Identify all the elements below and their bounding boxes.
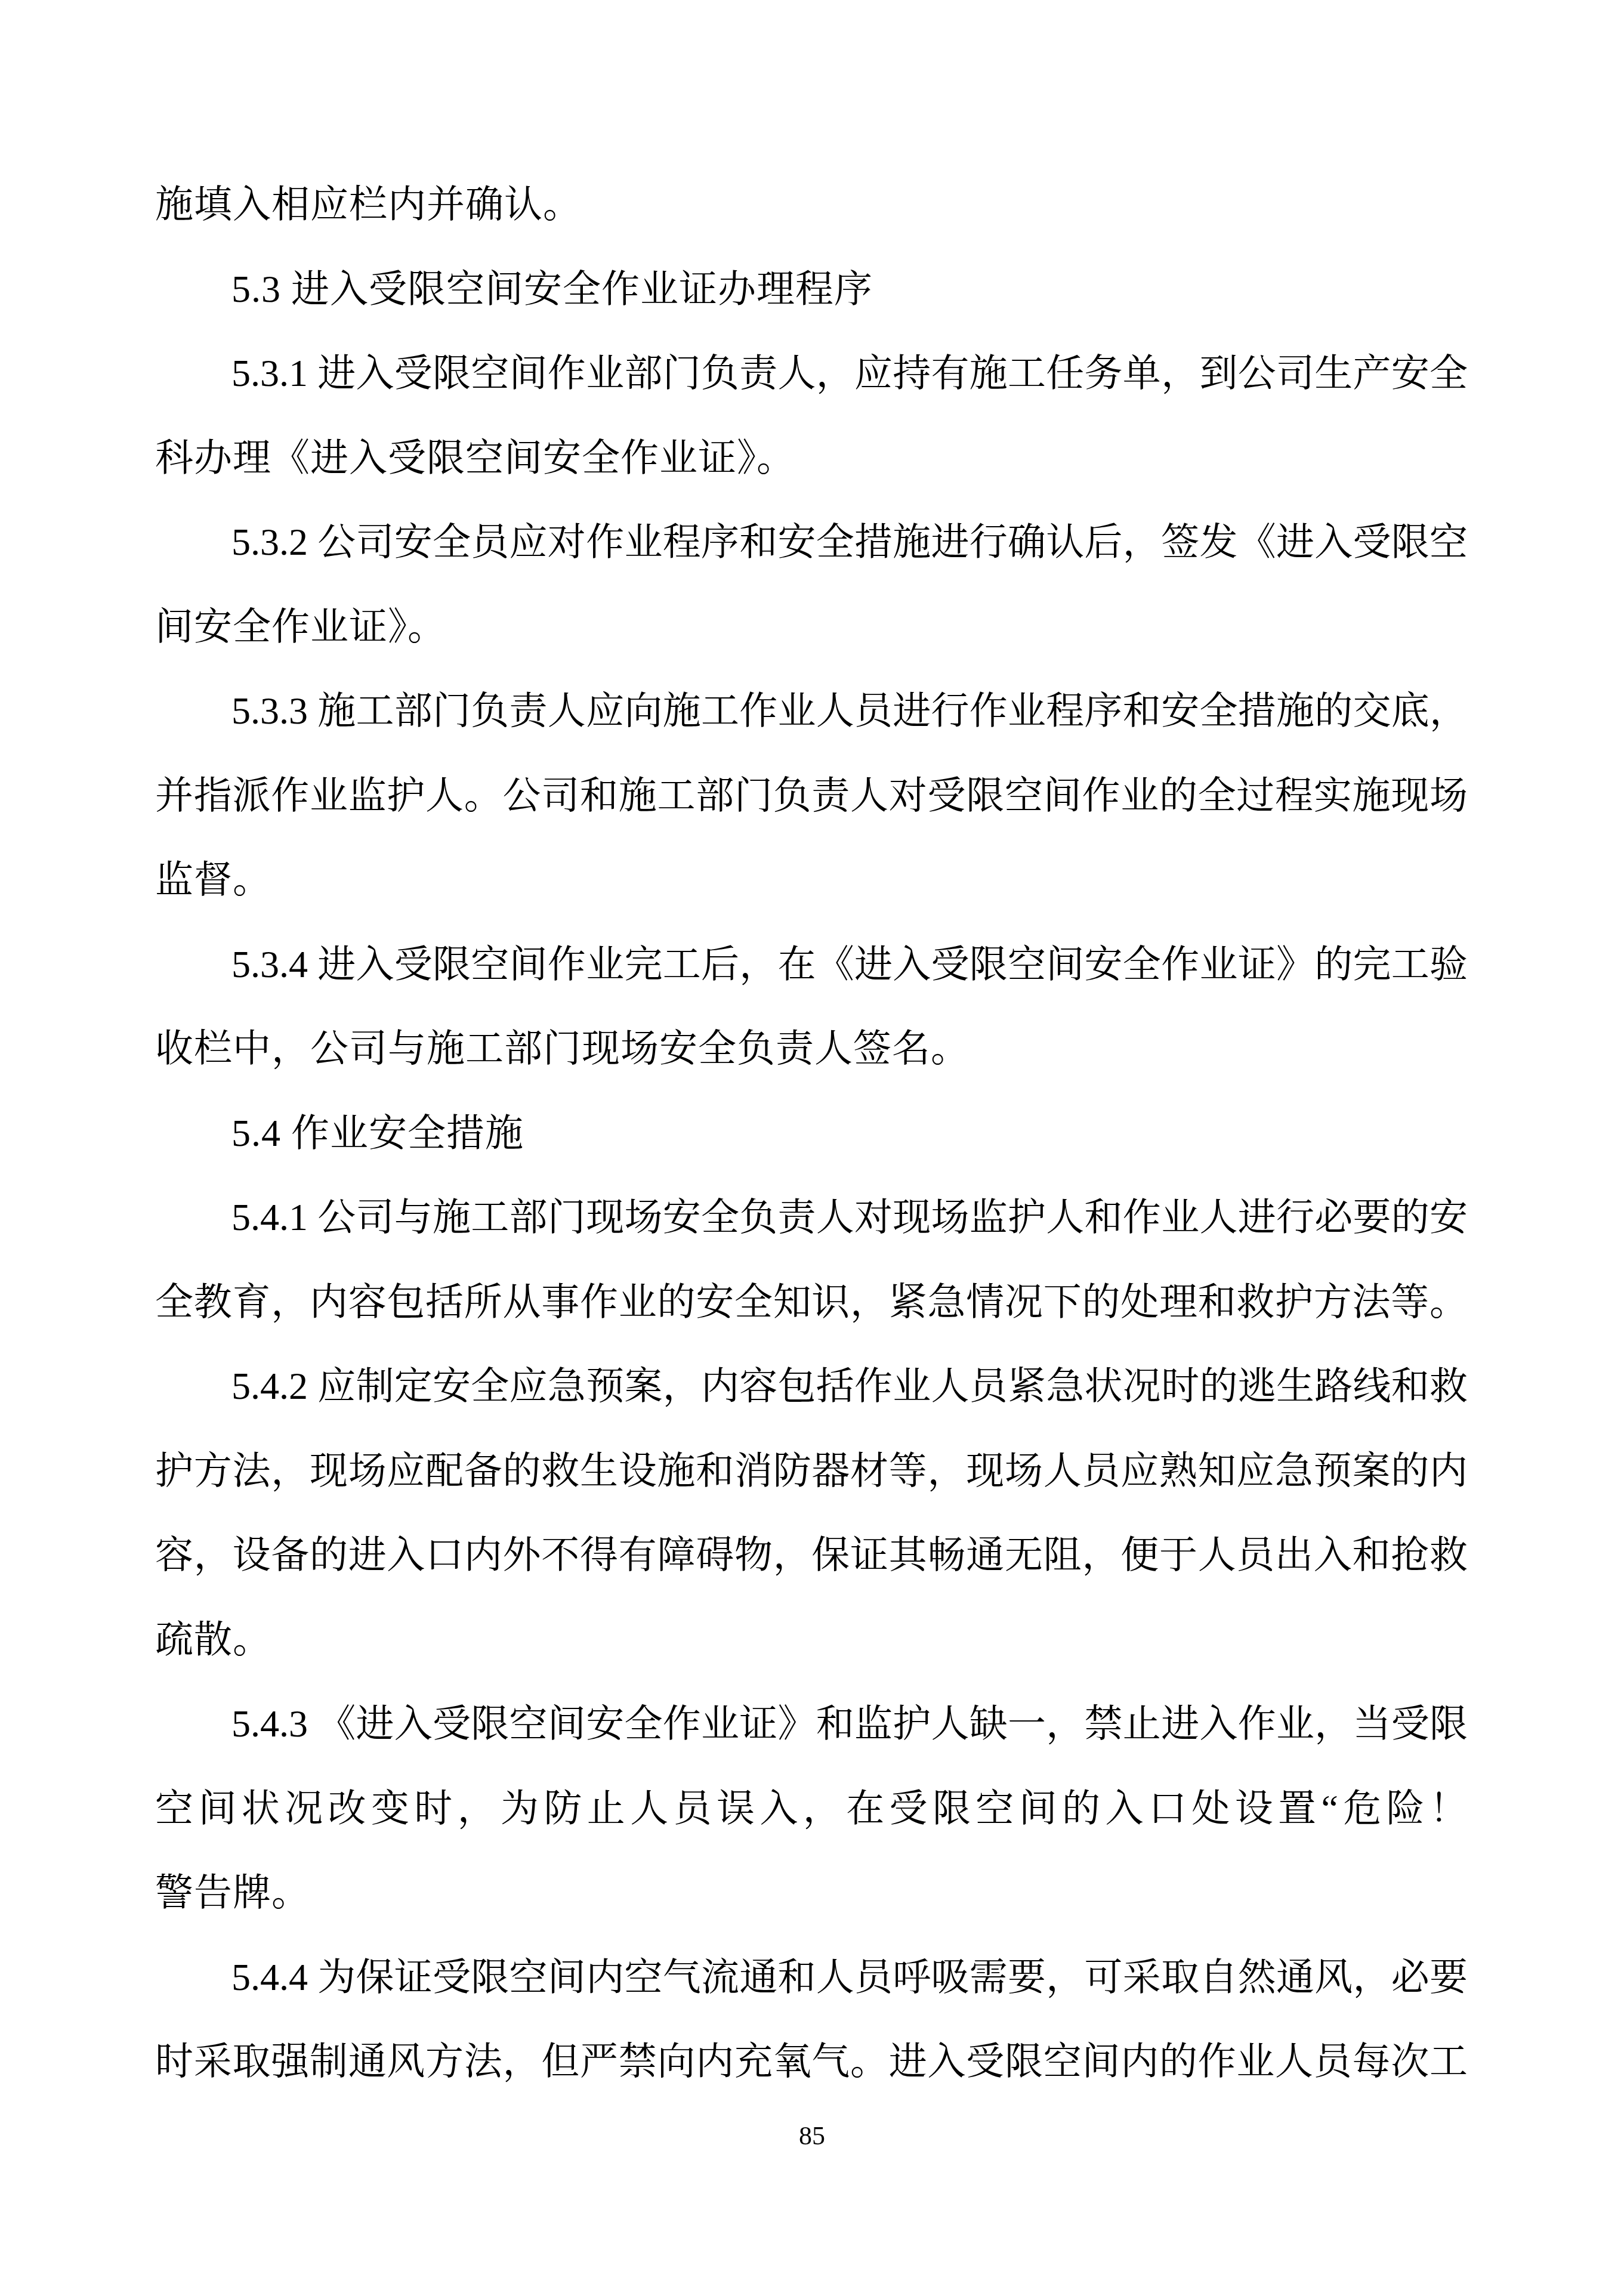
text-line: 收栏中，公司与施工部门现场安全负责人签名。 [155,1006,1468,1091]
text-line: 警告牌。 [155,1850,1468,1935]
text-line: 5.4.3 《进入受限空间安全作业证》和监护人缺一，禁止进入作业，当受限 [155,1682,1468,1766]
text-line: 5.3.1 进入受限空间作业部门负责人，应持有施工任务单，到公司生产安全 [155,331,1468,416]
text-line: 5.3.2 公司安全员应对作业程序和安全措施进行确认后，签发《进入受限空 [155,500,1468,585]
document-body: 施填入相应栏内并确认。 5.3 进入受限空间安全作业证办理程序 5.3.1 进入… [155,162,1468,2104]
text-line: 科办理《进入受限空间安全作业证》。 [155,416,1468,500]
text-line: 5.4.1 公司与施工部门现场安全负责人对现场监护人和作业人进行必要的安 [155,1175,1468,1260]
text-line: 间安全作业证》。 [155,585,1468,669]
text-line: 全教育，内容包括所从事作业的安全知识，紧急情况下的处理和救护方法等。 [155,1260,1468,1345]
document-page: 施填入相应栏内并确认。 5.3 进入受限空间安全作业证办理程序 5.3.1 进入… [0,0,1624,2296]
text-line: 监督。 [155,838,1468,922]
section-heading-5-4: 5.4 作业安全措施 [155,1091,1468,1176]
text-line: 5.4.4 为保证受限空间内空气流通和人员呼吸需要，可采取自然通风，必要 [155,1935,1468,2020]
text-line: 疏散。 [155,1597,1468,1682]
text-line: 5.4.2 应制定安全应急预案，内容包括作业人员紧急状况时的逃生路线和救 [155,1344,1468,1429]
text-line: 时采取强制通风方法，但严禁向内充氧气。进入受限空间内的作业人员每次工 [155,2019,1468,2104]
text-line: 5.3.3 施工部门负责人应向施工作业人员进行作业程序和安全措施的交底， [155,669,1468,753]
section-heading-5-3: 5.3 进入受限空间安全作业证办理程序 [155,247,1468,332]
page-number: 85 [0,2121,1624,2151]
text-line: 空间状况改变时，为防止人员误入，在受限空间的入口处设置“危险！严禁入内” [155,1766,1468,1851]
text-line: 护方法，现场应配备的救生设施和消防器材等，现场人员应熟知应急预案的内 [155,1429,1468,1513]
text-line: 并指派作业监护人。公司和施工部门负责人对受限空间作业的全过程实施现场 [155,753,1468,838]
text-line: 容，设备的进入口内外不得有障碍物，保证其畅通无阻，便于人员出入和抢救 [155,1513,1468,1597]
text-line: 5.3.4 进入受限空间作业完工后，在《进入受限空间安全作业证》的完工验 [155,922,1468,1007]
text-line: 施填入相应栏内并确认。 [155,162,1468,247]
